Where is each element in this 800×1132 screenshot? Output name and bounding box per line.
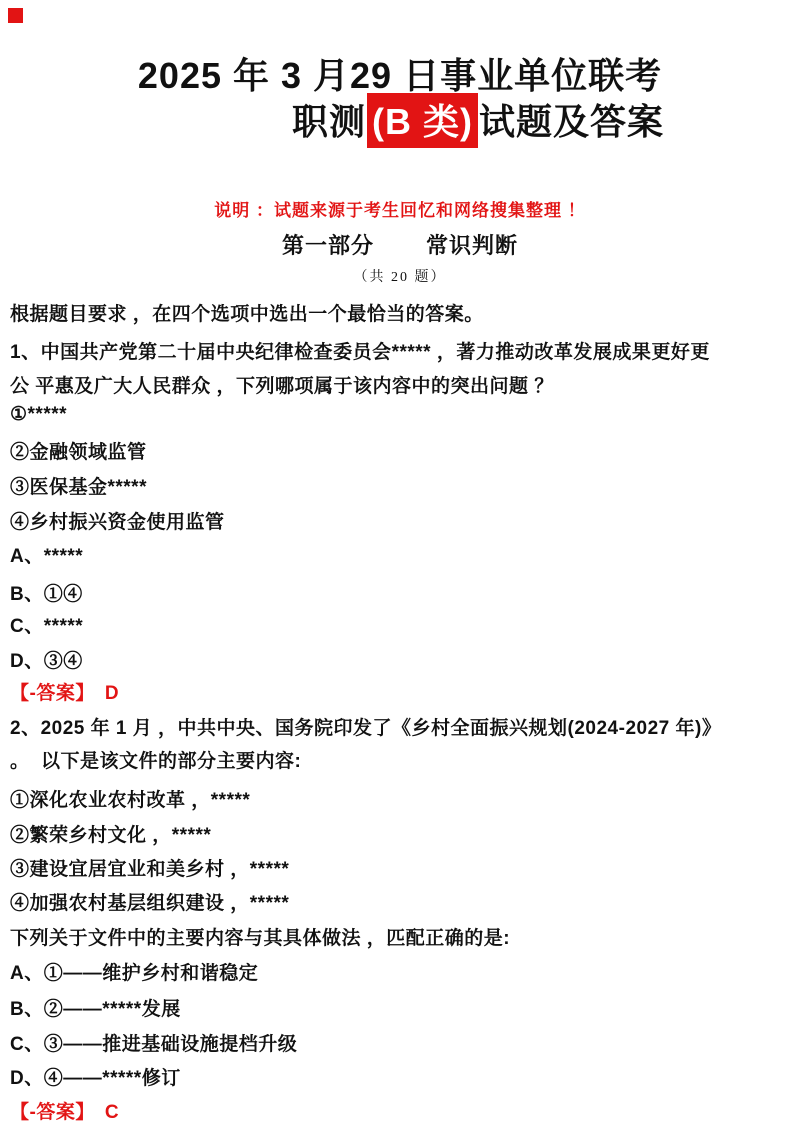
section-instruction: 根据题目要求 ，在四个选项中选出一个最恰当的答案。 [10,299,794,326]
q2-item-2: ②繁荣乡村文化 ，***** [10,820,794,847]
q1-option-d: D、③④ [10,646,794,673]
q2-stem-line-1: 2、2025 年 1 月 ，中共中央、国务院印发了《乡村全面振兴规划(2024-… [10,713,794,740]
q1-stem-line-1: 1、中国共产党第二十届中央纪律检查委员会***** ，著力推动改革发展成果更好更 [10,337,794,364]
corner-marker-square [8,8,23,23]
q2-answer-value: C [105,1102,119,1123]
source-notice: 说明 ：试题来源于考生回忆和网络搜集整理 ！ [0,196,800,221]
q2-answer-label: 【-答案】 [10,1102,95,1123]
exam-document-page: 2025 年 3 月29 日事业单位联考 职测(B 类)试题及答案 说明 ：试题… [0,0,800,1132]
question-count-note: （共 20 题） [0,266,800,286]
q1-answer-line: 【-答案】D [10,678,794,705]
q2-stem-line-2: 。 以下是该文件的部分主要内容: [10,746,794,773]
q2-option-b: B、②——*****发展 [10,994,794,1021]
q2-item-4: ④加强农村基层组织建设 ，***** [10,888,794,915]
q2-item-3: ③建设宜居宜业和美乡村 ，***** [10,854,794,881]
q1-option-c: C、***** [10,611,794,638]
q1-item-3: ③医保基金***** [10,472,794,499]
q1-stem-line-2: 公 平惠及广大人民群众 ，下列哪项属于该内容中的突出问题 ？ [10,371,794,398]
section-part-name: 常识判断 [426,233,518,258]
document-title-line1: 2025 年 3 月29 日事业单位联考 [0,48,800,99]
q2-answer-line: 【-答案】C [10,1097,794,1124]
q1-item-4: ④乡村振兴资金使用监管 [10,507,794,534]
q2-option-a: A、①——维护乡村和谐稳定 [10,958,794,985]
q1-option-a: A、***** [10,541,794,568]
q1-item-1: ①***** [10,403,794,426]
q1-answer-label: 【-答案】 [10,683,95,704]
title-prefix: 职测 [292,101,366,142]
document-title-line2: 职测(B 类)试题及答案 [78,93,800,148]
q1-option-b: B、①④ [10,579,794,606]
section-part-label: 第一部分 [282,233,374,258]
q2-item-1: ①深化农业农村改革 ，***** [10,785,794,812]
q1-item-2: ②金融领域监管 [10,437,794,464]
q2-question-line: 下列关于文件中的主要内容与其具体做法 ，匹配正确的是: [10,923,794,950]
q2-option-d: D、④——*****修订 [10,1063,794,1090]
q2-option-c: C、③——推进基础设施提档升级 [10,1029,794,1056]
title-suffix: 试题及答案 [479,101,664,142]
q1-answer-value: D [105,683,119,704]
title-category-highlight: (B 类) [367,93,478,148]
section-title: 第一部分常识判断 [0,229,800,260]
